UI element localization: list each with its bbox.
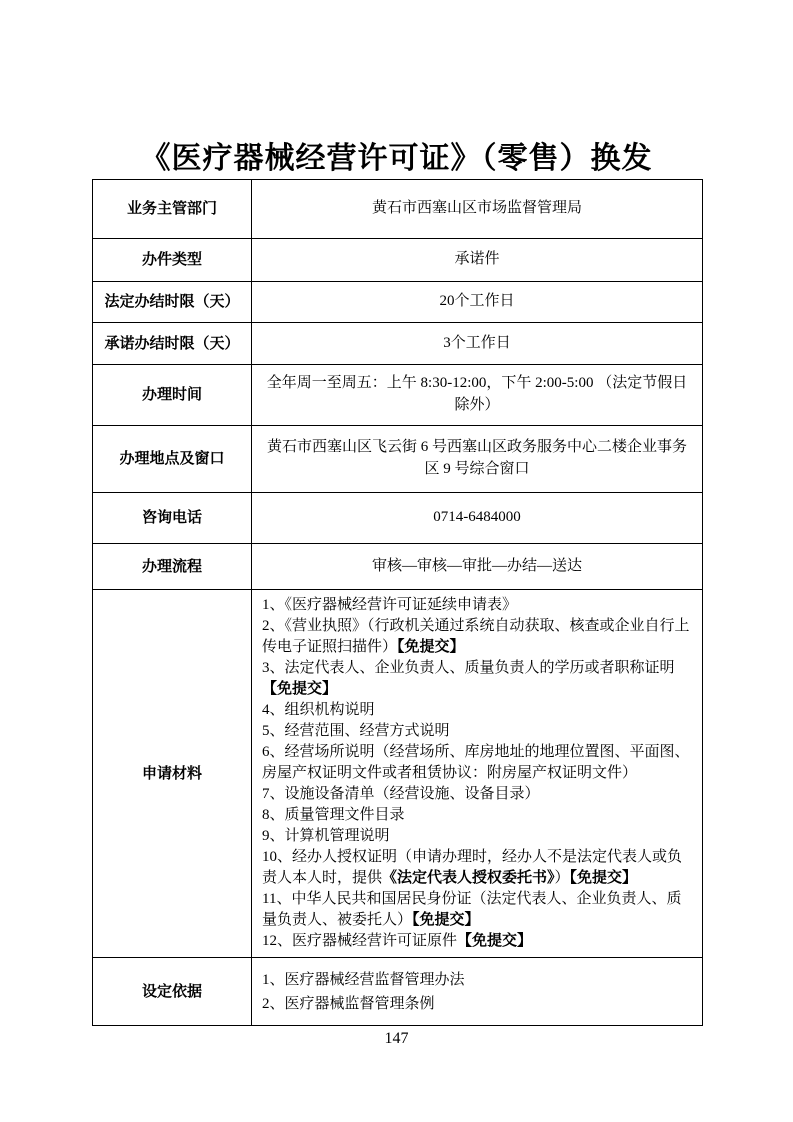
material-item: 8、质量管理文件目录 [262,805,694,826]
row-value: 审核—审核—审批—办结—送达 [252,544,703,590]
row-label: 办件类型 [93,239,252,282]
row-label: 办理地点及窗口 [93,426,252,493]
service-info-table: 业务主管部门 黄石市西塞山区市场监督管理局 办件类型 承诺件 法定办结时限（天）… [92,179,703,1026]
material-item: 12、医疗器械经营许可证原件【免提交】 [262,931,694,952]
material-item: 4、组织机构说明 [262,700,694,721]
materials-list: 1、《医疗器械经营许可证延续申请表》2、《营业执照》（行政机关通过系统自动获取、… [252,590,703,958]
table-row-phone: 咨询电话 0714-6484000 [93,493,703,544]
table-row-basis: 设定依据 1、医疗器械经营监督管理办法2、医疗器械监督管理条例 [93,958,703,1026]
row-label: 办理时间 [93,365,252,426]
basis-list: 1、医疗器械经营监督管理办法2、医疗器械监督管理条例 [252,958,703,1026]
row-label: 咨询电话 [93,493,252,544]
table-row-promised-deadline: 承诺办结时限（天） 3个工作日 [93,323,703,365]
row-label: 法定办结时限（天） [93,282,252,323]
row-value: 0714-6484000 [252,493,703,544]
document-title: 《医疗器械经营许可证》（零售）换发 [0,133,793,177]
material-item: 10、经办人授权证明（申请办理时，经办人不是法定代表人或负责人本人时，提供《法定… [262,847,694,889]
row-value: 黄石市西塞山区飞云街 6 号西塞山区政务服务中心二楼企业事务区 9 号综合窗口 [252,426,703,493]
row-label: 承诺办结时限（天） [93,323,252,365]
basis-item: 1、医疗器械经营监督管理办法 [262,968,694,992]
row-value: 3个工作日 [252,323,703,365]
row-label: 设定依据 [93,958,252,1026]
table-row-department: 业务主管部门 黄石市西塞山区市场监督管理局 [93,180,703,239]
table-row-location: 办理地点及窗口 黄石市西塞山区飞云街 6 号西塞山区政务服务中心二楼企业事务区 … [93,426,703,493]
table-row-materials: 申请材料 1、《医疗器械经营许可证延续申请表》2、《营业执照》（行政机关通过系统… [93,590,703,958]
document-page: 《医疗器械经营许可证》（零售）换发 业务主管部门 黄石市西塞山区市场监督管理局 … [0,0,793,1122]
material-item: 1、《医疗器械经营许可证延续申请表》 [262,595,694,616]
table-row-item-type: 办件类型 承诺件 [93,239,703,282]
material-item: 7、设施设备清单（经营设施、设备目录） [262,784,694,805]
page-number: 147 [0,1030,793,1048]
material-item: 2、《营业执照》（行政机关通过系统自动获取、核查或企业自行上传电子证照扫描件）【… [262,616,694,658]
row-value: 承诺件 [252,239,703,282]
row-label: 业务主管部门 [93,180,252,239]
table-row-process: 办理流程 审核—审核—审批—办结—送达 [93,544,703,590]
material-item: 3、法定代表人、企业负责人、质量负责人的学历或者职称证明【免提交】 [262,658,694,700]
material-item: 9、计算机管理说明 [262,826,694,847]
table-row-office-hours: 办理时间 全年周一至周五：上午 8:30-12:00，下午 2:00-5:00 … [93,365,703,426]
material-item: 5、经营范围、经营方式说明 [262,721,694,742]
material-item: 11、中华人民共和国居民身份证（法定代表人、企业负责人、质量负责人、被委托人）【… [262,889,694,931]
row-value: 全年周一至周五：上午 8:30-12:00，下午 2:00-5:00 （法定节假… [252,365,703,426]
row-value: 20个工作日 [252,282,703,323]
basis-item: 2、医疗器械监督管理条例 [262,992,694,1016]
row-value: 黄石市西塞山区市场监督管理局 [252,180,703,239]
row-label: 办理流程 [93,544,252,590]
material-item: 6、经营场所说明（经营场所、库房地址的地理位置图、平面图、房屋产权证明文件或者租… [262,742,694,784]
table-row-legal-deadline: 法定办结时限（天） 20个工作日 [93,282,703,323]
row-label: 申请材料 [93,590,252,958]
